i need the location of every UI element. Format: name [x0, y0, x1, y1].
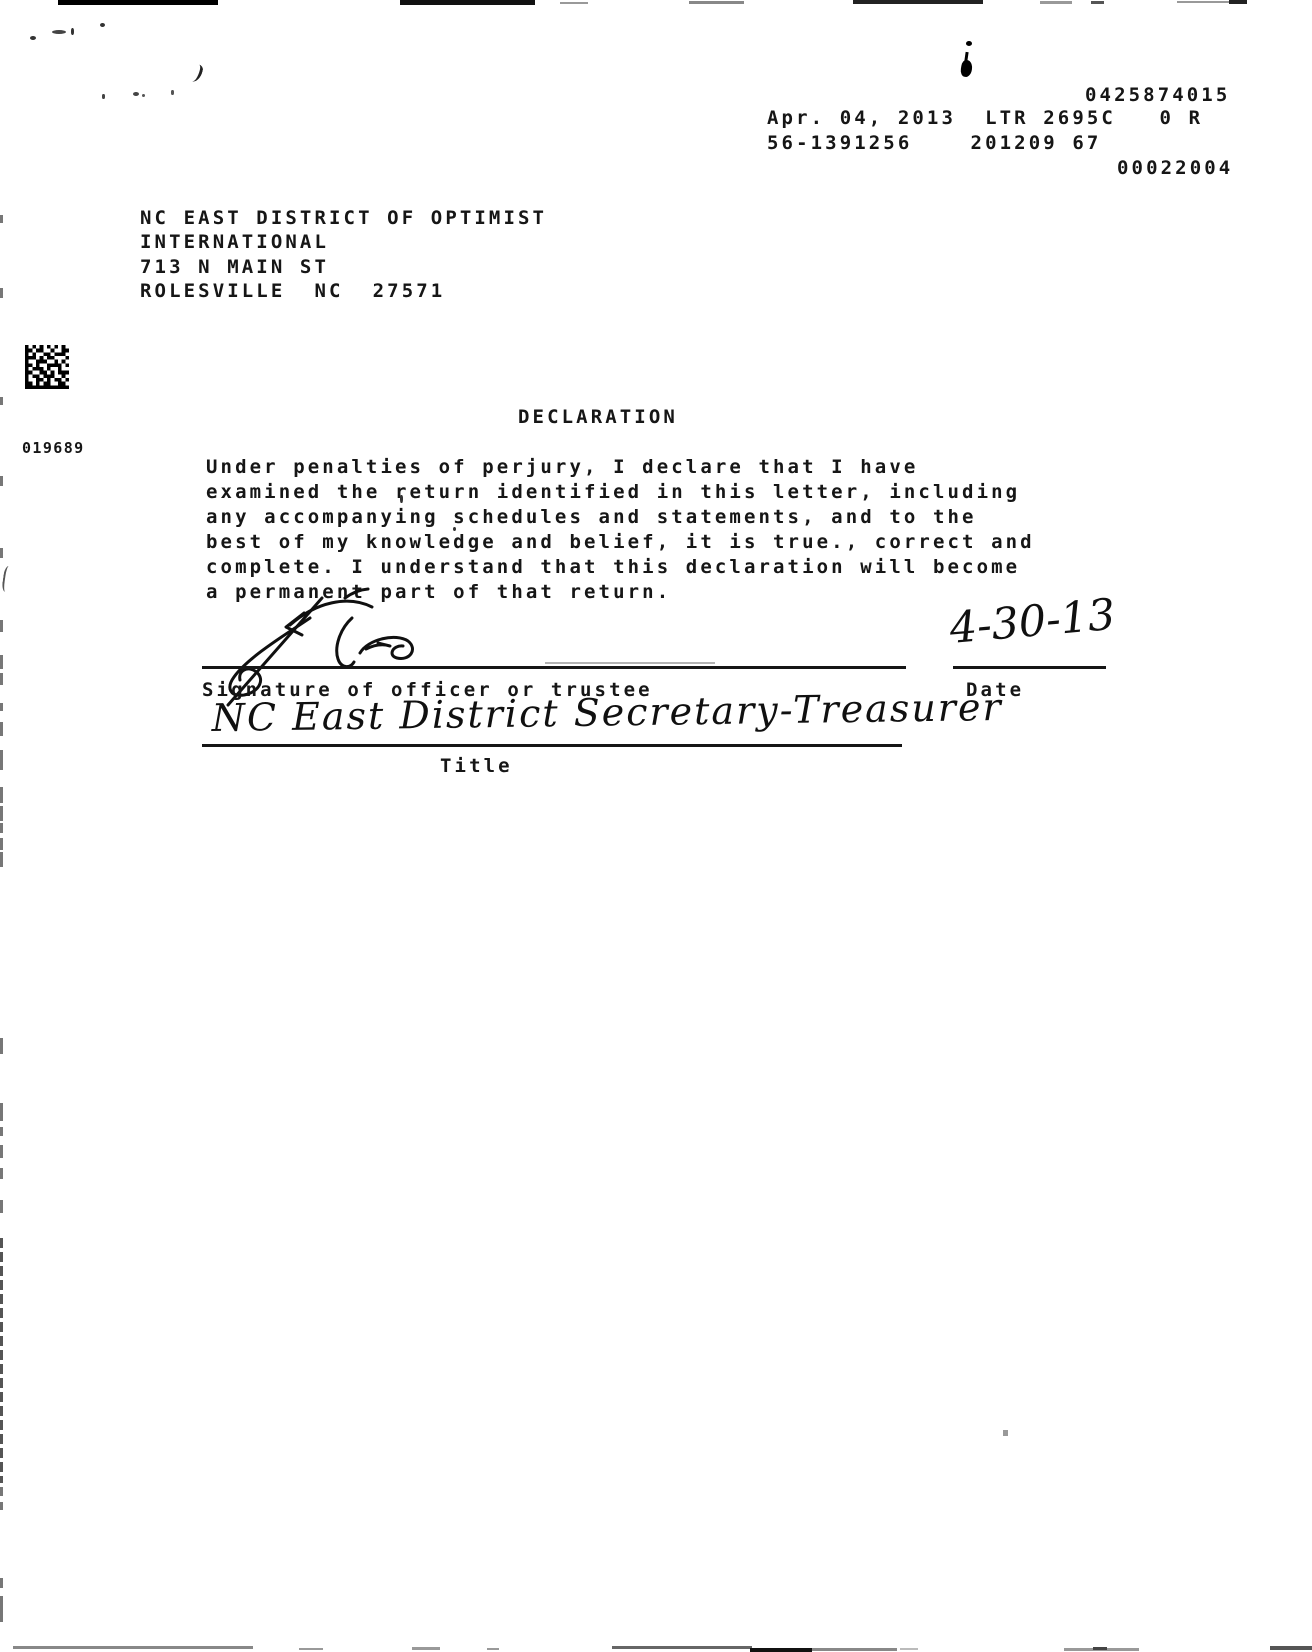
scan-speck — [0, 750, 3, 770]
scan-speck — [0, 1038, 3, 1054]
scan-speck — [30, 36, 36, 40]
scan-speck — [453, 527, 456, 531]
header-serial-number: 0425874015 — [1085, 83, 1230, 108]
signature-line — [202, 666, 906, 669]
scan-speck — [412, 1647, 440, 1650]
scan-speck — [133, 92, 139, 96]
scanned-irs-letter-page: { "header": { "serial": "0425874015", "l… — [0, 0, 1312, 1652]
scan-speck — [1177, 1, 1229, 3]
scan-speck — [812, 1648, 897, 1651]
scan-speck — [0, 806, 3, 821]
scan-speck — [0, 476, 3, 486]
scan-speck — [900, 1648, 918, 1650]
scan-smudge-line — [545, 662, 715, 664]
scan-speck — [0, 1127, 3, 1136]
scan-speck — [1091, 1, 1104, 4]
scan-speck — [0, 288, 3, 298]
scan-speck — [750, 1648, 812, 1652]
scan-speck — [400, 495, 403, 503]
scan-speck — [853, 0, 983, 4]
scan-speck — [0, 673, 3, 685]
scan-edge-dashes — [0, 1238, 3, 1483]
scan-speck — [0, 1145, 3, 1158]
scan-speck — [0, 823, 3, 833]
scan-speck — [689, 1, 744, 4]
scan-speck — [1229, 0, 1247, 4]
title-line — [202, 744, 902, 747]
declaration-line: best of my knowledge and belief, it is t… — [206, 530, 1035, 555]
declaration-line: Under penalties of perjury, I declare th… — [206, 455, 918, 480]
scan-speck — [0, 1596, 3, 1622]
scan-speck — [1, 566, 13, 593]
scan-speck — [142, 94, 145, 97]
declaration-line: any accompanying schedules and statement… — [206, 505, 977, 530]
scan-speck — [0, 838, 3, 850]
scan-speck — [0, 787, 3, 803]
scan-speck — [612, 1646, 752, 1649]
scan-speck — [0, 548, 3, 558]
scan-speck — [966, 41, 972, 46]
scan-speck — [0, 1168, 3, 1179]
scan-speck — [0, 215, 3, 223]
recipient-street: 713 N MAIN ST — [140, 255, 329, 280]
handwritten-date: 4-30-13 — [948, 590, 1118, 654]
scan-speck — [0, 1200, 3, 1213]
scan-speck — [71, 28, 74, 35]
scan-speck — [1040, 1, 1072, 4]
header-date-ltr-line: Apr. 04, 2013 LTR 2695C 0 R — [767, 106, 1203, 131]
date-line — [953, 666, 1106, 669]
scan-speck — [188, 63, 204, 83]
scan-speck — [0, 1487, 3, 1496]
scan-speck — [52, 30, 66, 34]
scan-speck — [100, 23, 105, 27]
scan-speck — [0, 397, 3, 405]
scan-speck — [0, 1502, 3, 1510]
scan-speck — [0, 1578, 3, 1588]
header-ein-period-line: 56-1391256 201209 67 — [767, 131, 1101, 156]
scan-speck — [487, 1648, 499, 1650]
barcode-id-label: 019689 — [22, 436, 85, 461]
scan-speck — [58, 0, 218, 5]
scan-speck — [299, 1648, 323, 1650]
scan-speck — [102, 94, 105, 99]
scan-speck — [400, 0, 535, 5]
declaration-heading: DECLARATION — [518, 405, 678, 430]
scan-speck — [13, 1646, 253, 1649]
scan-speck — [0, 1103, 3, 1121]
header-doc-number: 00022004 — [1117, 156, 1233, 181]
scan-speck — [0, 722, 3, 736]
title-caption: Title — [440, 754, 513, 779]
declaration-line: complete. I understand that this declara… — [206, 555, 1020, 580]
recipient-city-state-zip: ROLESVILLE NC 27571 — [140, 279, 445, 304]
recipient-name-line1: NC EAST DISTRICT OF OPTIMIST — [140, 206, 547, 231]
ink-blob — [960, 59, 974, 78]
scan-speck — [1093, 1647, 1107, 1650]
scan-speck — [0, 655, 3, 669]
declaration-line: examined the return identified in this l… — [206, 480, 1020, 505]
scan-speck — [560, 2, 588, 4]
recipient-name-line2: INTERNATIONAL — [140, 230, 329, 255]
scan-speck — [171, 90, 174, 95]
scan-speck — [0, 620, 3, 632]
scan-speck — [1270, 1646, 1312, 1650]
datamatrix-barcode-icon — [25, 343, 69, 391]
scan-speck — [1003, 1430, 1008, 1436]
scan-speck — [0, 703, 3, 711]
scan-speck — [0, 852, 3, 867]
